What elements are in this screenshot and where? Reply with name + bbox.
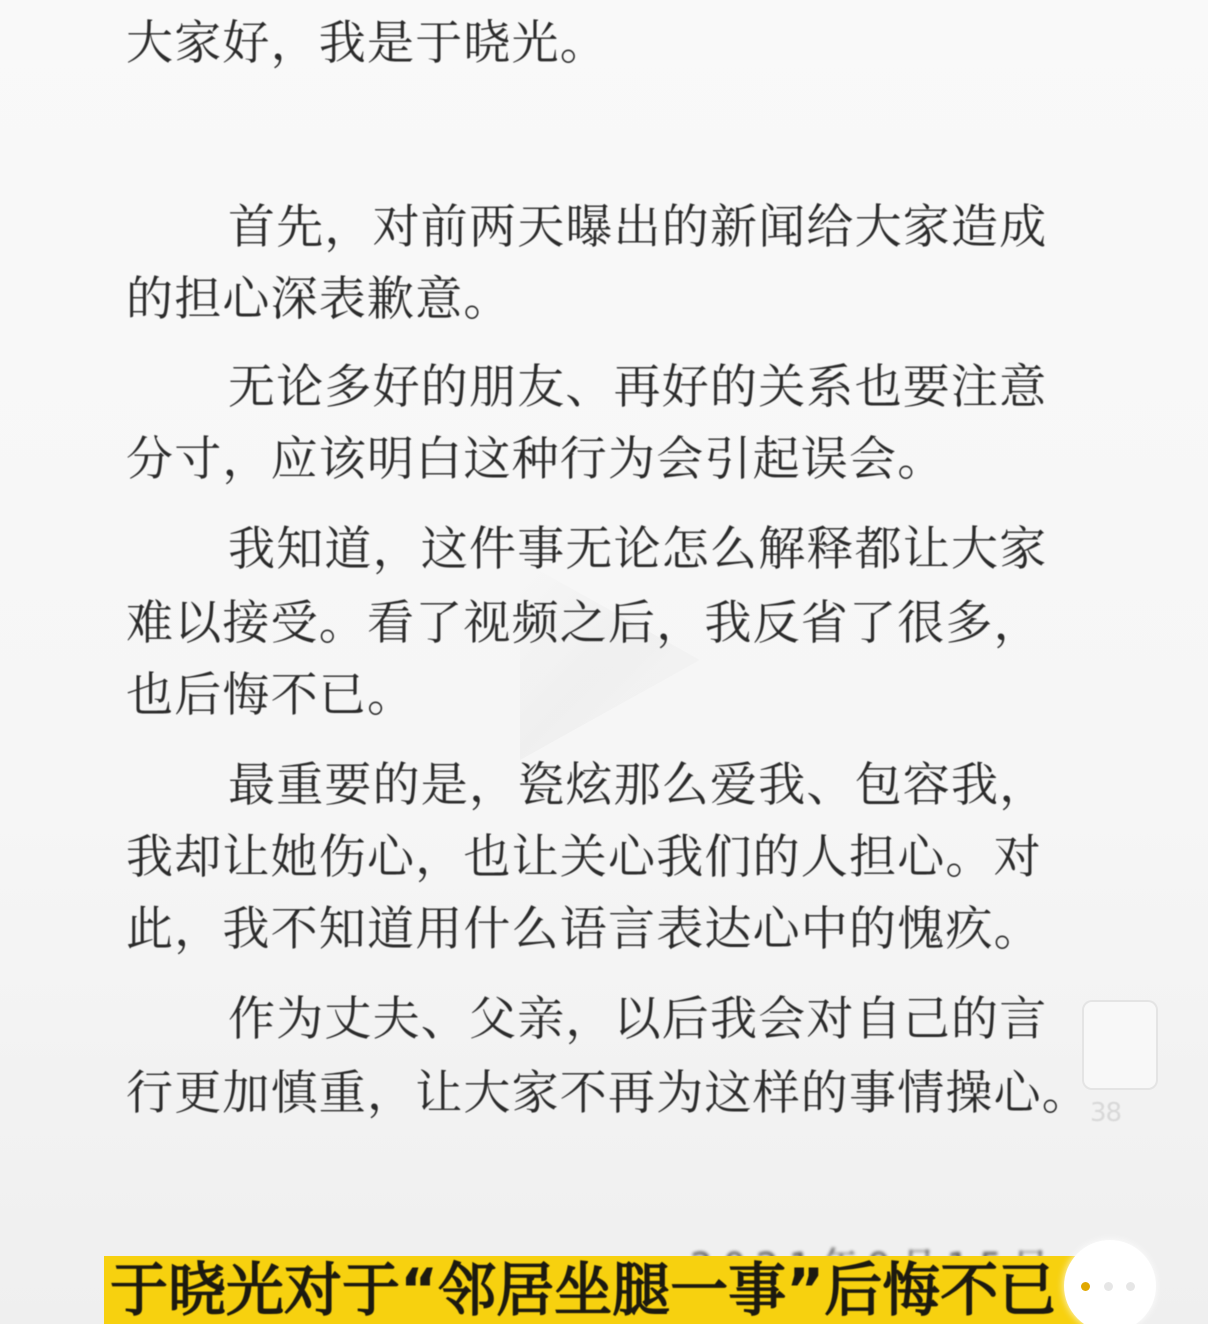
- paragraph-4-line-1: 最重要的是，瓷炫那么爱我、包容我，: [228, 758, 1047, 814]
- faint-frame-icon: [1082, 1000, 1158, 1090]
- paragraph-1-line-2: 的担心深表歉意。: [126, 272, 512, 328]
- paragraph-5-line-2: 行更加慎重，让大家不再为这样的事情操心。: [126, 1066, 1090, 1122]
- faint-counter: 38: [1090, 1098, 1121, 1128]
- paragraph-1-line-1: 首先，对前两天曝出的新闻给大家造成: [228, 200, 1047, 256]
- paragraph-4-line-2: 我却让她伤心，也让关心我们的人担心。对: [126, 830, 1042, 886]
- paragraph-3-line-3: 也后悔不已。: [126, 668, 415, 724]
- video-frame: 大家好，我是于晓光。 首先，对前两天曝出的新闻给大家造成 的担心深表歉意。 无论…: [0, 0, 1208, 1324]
- play-watermark-icon: [520, 560, 700, 760]
- more-dots-icon: [1126, 1282, 1135, 1291]
- paragraph-3-line-1: 我知道，这件事无论怎么解释都让大家: [228, 522, 1047, 578]
- paragraph-2-line-2: 分寸，应该明白这种行为会引起误会。: [126, 432, 945, 488]
- paragraph-3-line-2: 难以接受。看了视频之后，我反省了很多，: [126, 596, 1042, 652]
- paragraph-2-line-1: 无论多好的朋友、再好的关系也要注意: [228, 360, 1047, 416]
- paragraph-5-line-1: 作为丈夫、父亲，以后我会对自己的言: [228, 992, 1047, 1048]
- more-dots-icon: [1081, 1282, 1090, 1291]
- paragraph-4-line-3: 此，我不知道用什么语言表达心中的愧疚。: [126, 902, 1042, 958]
- greeting-line: 大家好，我是于晓光。: [126, 16, 608, 72]
- video-caption: 于晓光对于“邻居坐腿一事”后悔不已: [110, 1255, 1056, 1324]
- more-options-button[interactable]: [1064, 1240, 1156, 1324]
- more-dots-icon: [1104, 1282, 1113, 1291]
